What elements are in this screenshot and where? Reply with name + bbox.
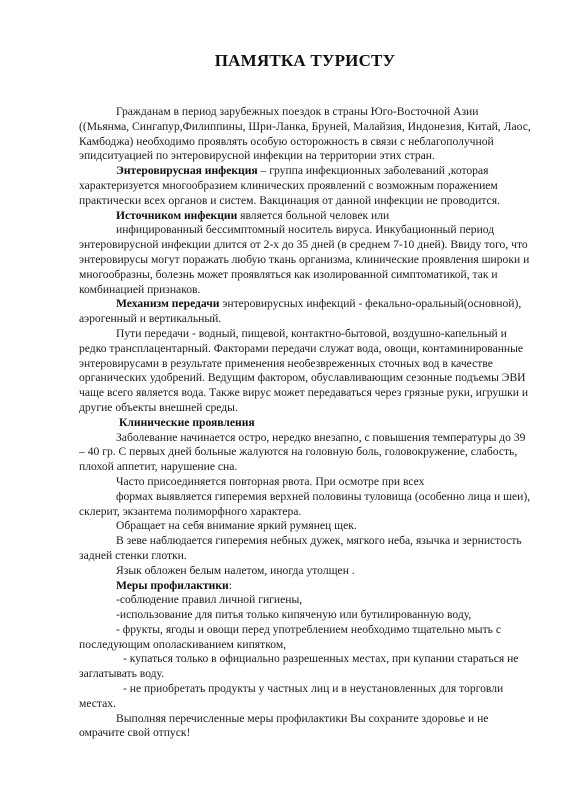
clinical-heading-text: Клинические проявления [119, 416, 255, 429]
prevention-item: - не приобретать продукты у частных лиц … [79, 682, 531, 712]
clinical-paragraph-5: В зеве наблюдается гиперемия небных дуже… [79, 534, 531, 564]
prevention-item: - купаться только в официально разрешенн… [79, 652, 531, 682]
clinical-paragraph-1: Заболевание начинается остро, нередко вн… [79, 431, 531, 475]
prevention-item: -соблюдение правил личной гигиены, [79, 593, 531, 608]
prevention-heading: Меры профилактики: [79, 579, 531, 594]
source-term: Источником инфекции [116, 209, 237, 222]
enterovirus-paragraph: Энтеровирусная инфекция – группа инфекци… [79, 164, 531, 208]
routes-paragraph: Пути передачи - водный, пищевой, контакт… [79, 327, 531, 416]
source-text: является больной человек или [237, 209, 389, 222]
mechanism-term: Механизм передачи [116, 297, 219, 310]
prevention-heading-colon: : [229, 579, 232, 592]
clinical-paragraph-4: Обращает на себя внимание яркий румянец … [79, 519, 531, 534]
prevention-heading-text: Меры профилактики [116, 579, 229, 592]
source-continuation: инфицированный бессимптомный носитель ви… [79, 223, 531, 297]
mechanism-paragraph: Механизм передачи энтеровирусных инфекци… [79, 297, 531, 327]
prevention-item: - фрукты, ягоды и овощи перед употреблен… [79, 623, 531, 653]
clinical-paragraph-2: Часто присоединяется повторная рвота. Пр… [79, 475, 531, 490]
clinical-heading: Клинические проявления [79, 416, 531, 431]
prevention-item: -использование для питья только кипячену… [79, 608, 531, 623]
document-body: Гражданам в период зарубежных поездок в … [79, 105, 531, 741]
clinical-paragraph-6: Язык обложен белым налетом, иногда утолщ… [79, 564, 531, 579]
intro-paragraph: Гражданам в период зарубежных поездок в … [79, 105, 531, 164]
source-paragraph: Источником инфекции является больной чел… [79, 209, 531, 224]
page-title: ПАМЯТКА ТУРИСТУ [79, 54, 531, 69]
enterovirus-term: Энтеровирусная инфекция [116, 164, 258, 177]
closing-paragraph: Выполняя перечисленные меры профилактики… [79, 712, 531, 742]
clinical-paragraph-3: формах выявляется гиперемия верхней поло… [79, 490, 531, 520]
